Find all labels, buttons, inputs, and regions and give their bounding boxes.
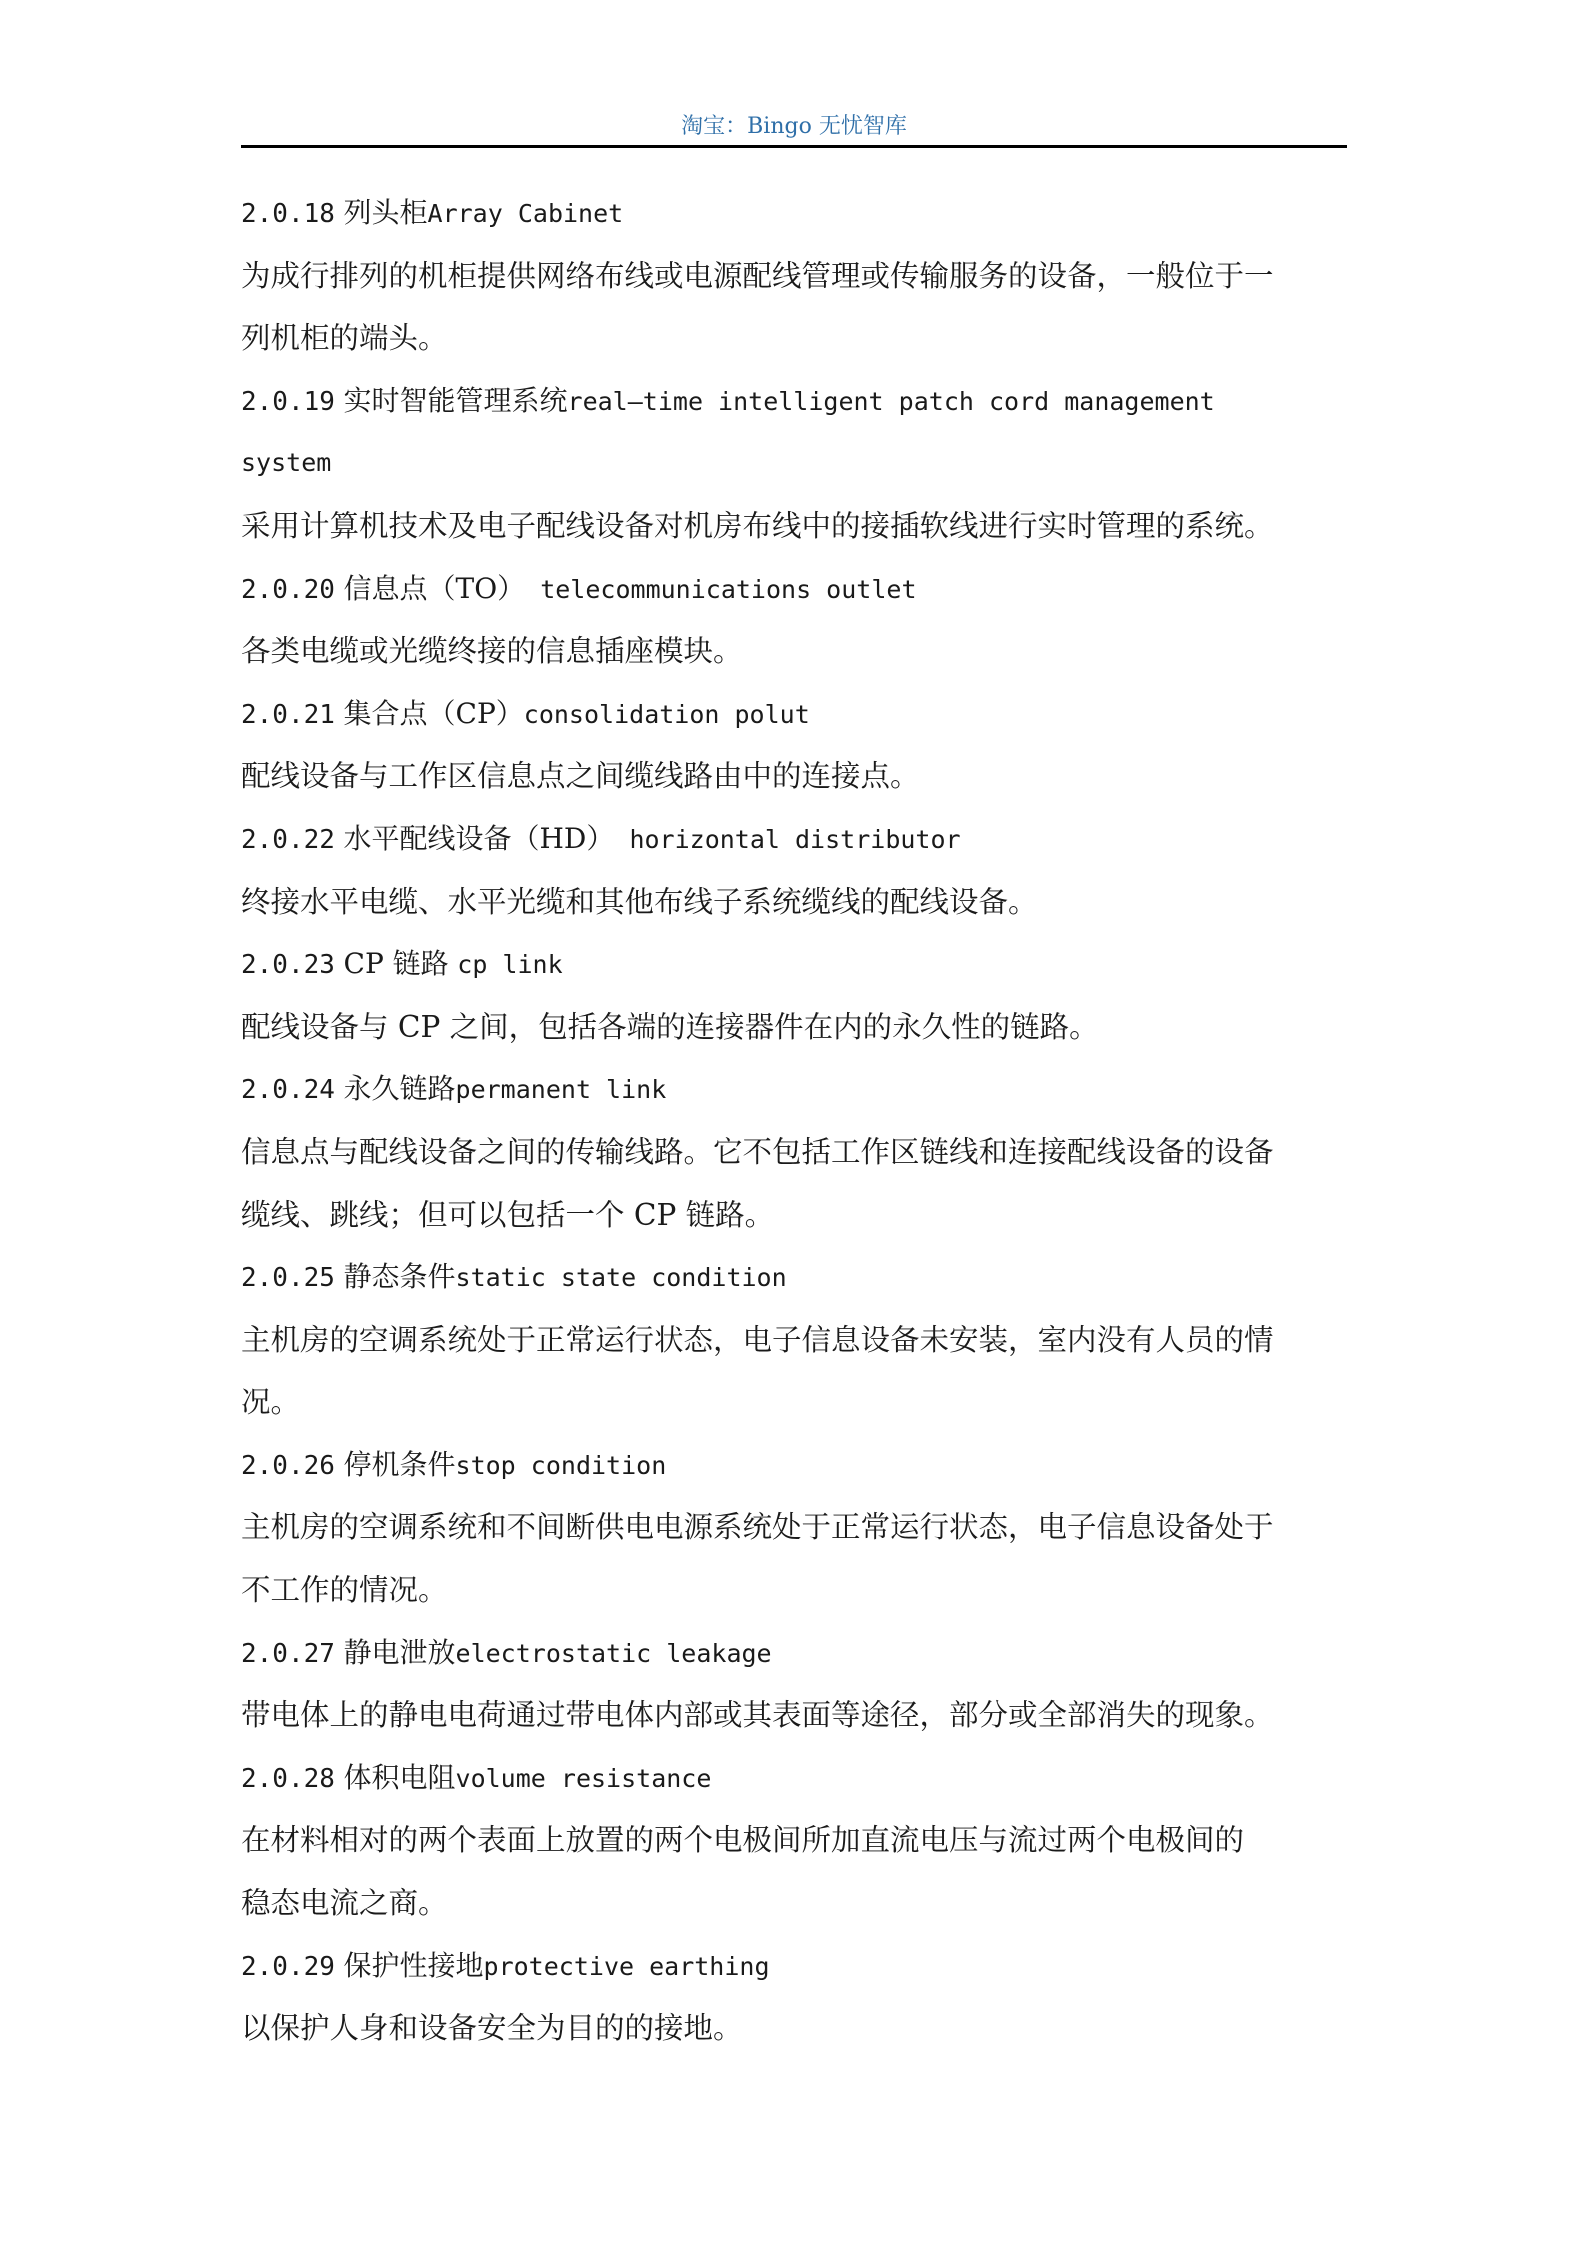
definition-line: 缆线、跳线；但可以包括一个 CP 链路。	[241, 1192, 1356, 1255]
term-chinese: 集合点（CP）	[344, 697, 524, 730]
term-english: cp link	[457, 950, 562, 979]
term-chinese: 列头柜	[344, 196, 428, 229]
term-english: horizontal distributor	[614, 825, 960, 854]
term-heading: 2.0.23 CP 链路 cp link	[241, 941, 1356, 1004]
term-chinese: 静电泄放	[344, 1636, 456, 1669]
page-header: 淘宝：Bingo 无忧智库	[241, 112, 1347, 142]
term-heading: 2.0.18 列头柜Array Cabinet	[241, 190, 1356, 253]
term-number: 2.0.29	[241, 1952, 335, 1982]
definition-line: 主机房的空调系统处于正常运行状态，电子信息设备未安装，室内没有人员的情	[241, 1317, 1356, 1380]
term-heading: 2.0.28 体积电阻volume resistance	[241, 1755, 1356, 1818]
term-english: stop condition	[456, 1451, 667, 1480]
term-english: volume resistance	[456, 1764, 712, 1793]
term-heading: 2.0.29 保护性接地protective earthing	[241, 1943, 1356, 2006]
term-heading: 2.0.26 停机条件stop condition	[241, 1442, 1356, 1505]
term-number: 2.0.27	[241, 1639, 335, 1669]
definition-line: 在材料相对的两个表面上放置的两个电极间所加直流电压与流过两个电极间的	[241, 1817, 1356, 1880]
definition-line: 各类电缆或光缆终接的信息插座模块。	[241, 628, 1356, 691]
definition-line: 终接水平电缆、水平光缆和其他布线子系统缆线的配线设备。	[241, 879, 1356, 942]
term-english: consolidation polut	[524, 700, 810, 729]
definition-line: 配线设备与 CP 之间，包括各端的连接器件在内的永久性的链路。	[241, 1004, 1356, 1067]
term-english: real—time intelligent patch cord managem…	[568, 387, 1215, 416]
term-number: 2.0.20	[241, 575, 335, 605]
definition-line: 稳态电流之商。	[241, 1880, 1356, 1943]
header-divider	[241, 145, 1347, 148]
term-heading: 2.0.20 信息点（TO） telecommunications outlet	[241, 566, 1356, 629]
term-english-continued: system	[241, 448, 331, 477]
term-heading-continued: system	[241, 440, 1356, 503]
term-english: telecommunications outlet	[525, 575, 916, 604]
definition-line: 采用计算机技术及电子配线设备对机房布线中的接插软线进行实时管理的系统。	[241, 503, 1356, 566]
definition-line: 配线设备与工作区信息点之间缆线路由中的连接点。	[241, 753, 1356, 816]
definition-line: 为成行排列的机柜提供网络布线或电源配线管理或传输服务的设备，一般位于一	[241, 253, 1356, 316]
term-number: 2.0.19	[241, 387, 335, 417]
term-chinese: 实时智能管理系统	[344, 384, 568, 417]
term-english: electrostatic leakage	[456, 1639, 772, 1668]
term-heading: 2.0.22 水平配线设备（HD） horizontal distributor	[241, 816, 1356, 879]
term-number: 2.0.24	[241, 1075, 335, 1105]
definition-line: 不工作的情况。	[241, 1567, 1356, 1630]
definition-line: 列机柜的端头。	[241, 315, 1356, 378]
term-english: Array Cabinet	[428, 199, 624, 228]
term-chinese: 停机条件	[344, 1448, 456, 1481]
term-number: 2.0.21	[241, 700, 335, 730]
definition-line: 以保护人身和设备安全为目的的接地。	[241, 2005, 1356, 2068]
term-number: 2.0.28	[241, 1764, 335, 1794]
definition-line: 信息点与配线设备之间的传输线路。它不包括工作区链线和连接配线设备的设备	[241, 1129, 1356, 1192]
term-chinese: 保护性接地	[344, 1949, 484, 1982]
term-heading: 2.0.24 永久链路permanent link	[241, 1066, 1356, 1129]
term-heading: 2.0.19 实时智能管理系统real—time intelligent pat…	[241, 378, 1356, 441]
term-number: 2.0.25	[241, 1263, 335, 1293]
term-chinese: CP 链路	[344, 947, 449, 980]
term-heading: 2.0.25 静态条件static state condition	[241, 1254, 1356, 1317]
term-chinese: 静态条件	[344, 1260, 456, 1293]
term-number: 2.0.18	[241, 199, 335, 229]
term-english: static state condition	[456, 1263, 787, 1292]
term-english: protective earthing	[484, 1952, 770, 1981]
term-english: permanent link	[456, 1075, 667, 1104]
term-number: 2.0.23	[241, 950, 335, 980]
document-body: 2.0.18 列头柜Array Cabinet 为成行排列的机柜提供网络布线或电…	[241, 190, 1356, 2068]
term-heading: 2.0.21 集合点（CP）consolidation polut	[241, 691, 1356, 754]
term-chinese: 信息点（TO）	[344, 572, 526, 605]
definition-line: 况。	[241, 1379, 1356, 1442]
term-heading: 2.0.27 静电泄放electrostatic leakage	[241, 1630, 1356, 1693]
term-number: 2.0.26	[241, 1451, 335, 1481]
definition-line: 带电体上的静电电荷通过带电体内部或其表面等途径，部分或全部消失的现象。	[241, 1692, 1356, 1755]
term-number: 2.0.22	[241, 825, 335, 855]
definition-line: 主机房的空调系统和不间断供电电源系统处于正常运行状态，电子信息设备处于	[241, 1504, 1356, 1567]
term-chinese: 水平配线设备（HD）	[344, 822, 615, 855]
term-chinese: 体积电阻	[344, 1761, 456, 1794]
term-chinese: 永久链路	[344, 1072, 456, 1105]
